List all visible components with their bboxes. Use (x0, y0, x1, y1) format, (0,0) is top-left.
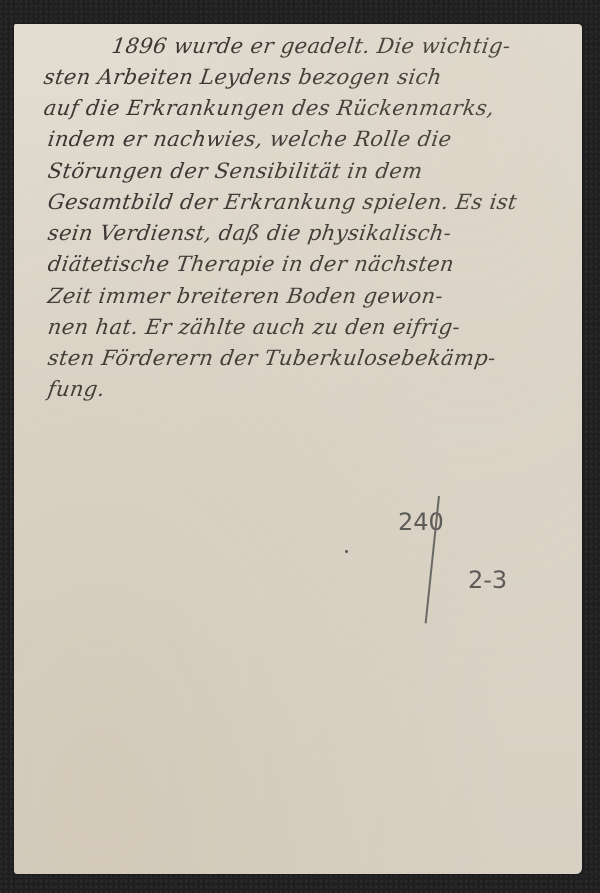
ink-spot (345, 550, 348, 553)
text-line-10: nen hat. Er zählte auch zu den eifrig- (46, 315, 462, 339)
text-line-7: sein Verdienst, daß die physikalisch- (46, 221, 453, 245)
text-line-11: sten Förderern der Tuberkulosebekämp- (46, 346, 497, 370)
archival-card: 1896 wurde er geadelt. Die wichtig- sten… (14, 24, 582, 874)
text-line-6: Gesamtbild der Erkrankung spielen. Es is… (46, 190, 518, 214)
text-line-1: 1896 wurde er geadelt. Die wichtig- (110, 34, 512, 58)
text-line-9: Zeit immer breiteren Boden gewon- (46, 284, 445, 308)
text-line-2: sten Arbeiten Leydens bezogen sich (42, 65, 443, 89)
text-line-4: indem er nachwies, welche Rolle die (46, 127, 453, 151)
text-line-12: fung. (46, 377, 106, 401)
text-line-3: auf die Erkrankungen des Rückenmarks, (42, 96, 496, 120)
archive-number-bottom: 2-3 (468, 566, 507, 594)
text-line-8: diätetische Therapie in der nächsten (46, 252, 455, 276)
text-line-5: Störungen der Sensibilität in dem (46, 159, 424, 183)
